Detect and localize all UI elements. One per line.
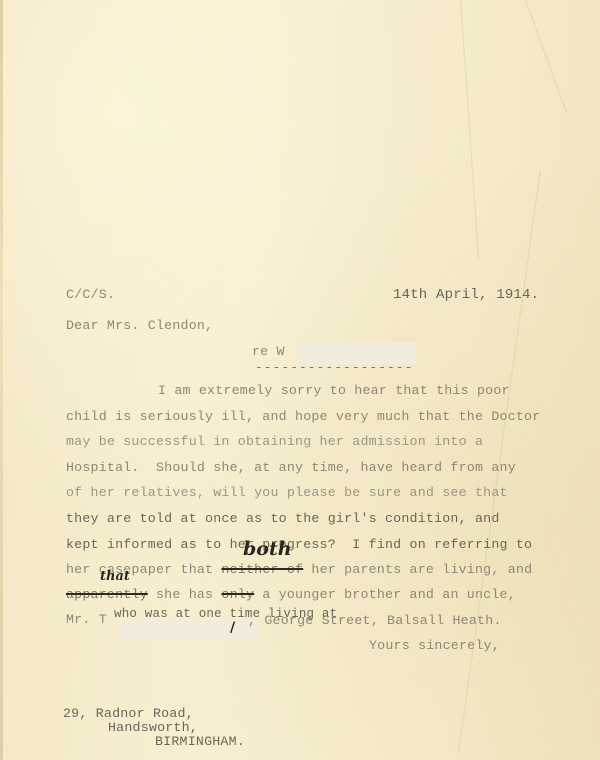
closing: Yours sincerely, [369, 638, 500, 654]
redacted-uncle-name [118, 620, 258, 640]
body-line-4: Hospital. Should she, at any time, have … [66, 460, 516, 476]
body-line-5: of her relatives, will you please be sur… [66, 485, 508, 501]
handwritten-that: that [100, 569, 130, 584]
paper-crease [460, 0, 479, 259]
subject-prefix: re W [252, 344, 285, 360]
body-line-10-suffix: , George Street, Balsall Heath. [248, 613, 502, 629]
handwritten-slash-mark: / [230, 620, 235, 636]
paper-edge [0, 0, 3, 760]
paper-crease [525, 0, 567, 113]
body-line-10-prefix: Mr. T [66, 612, 107, 628]
body-line-3: may be successful in obtaining her admis… [66, 434, 483, 450]
body-line-9: apparently she has only a younger brothe… [66, 587, 516, 603]
address-line-2: Handsworth, [108, 721, 198, 735]
salutation: Dear Mrs. Clendon, [66, 318, 213, 334]
body-line-6: they are told at once as to the girl's c… [66, 511, 500, 527]
body-line-1: I am extremely sorry to hear that this p… [158, 383, 510, 399]
body-line-8-before: her casepaper that [66, 562, 221, 577]
struck-text-neither-of: neither of [221, 562, 303, 577]
subject-underline: ------------------ [255, 360, 413, 375]
body-line-2: child is seriously ill, and hope very mu… [66, 409, 540, 425]
body-line-9-after: a younger brother and an uncle, [254, 587, 516, 602]
letter-date: 14th April, 1914. [393, 287, 539, 303]
handwritten-both: both [243, 538, 292, 560]
reference-code: C/C/S. [66, 287, 115, 303]
body-line-8: her casepaper that neither of her parent… [66, 562, 532, 578]
struck-text-only: only [221, 587, 254, 602]
body-line-8-after: her parents are living, and [303, 562, 532, 577]
struck-text-apparently: apparently [66, 587, 148, 602]
address-line-3: BIRMINGHAM. [155, 735, 245, 749]
address-line-1: 29, Radnor Road, [63, 707, 194, 721]
body-line-9-middle: she has [148, 587, 222, 602]
body-line-7: kept informed as to her progress? I find… [66, 537, 532, 553]
